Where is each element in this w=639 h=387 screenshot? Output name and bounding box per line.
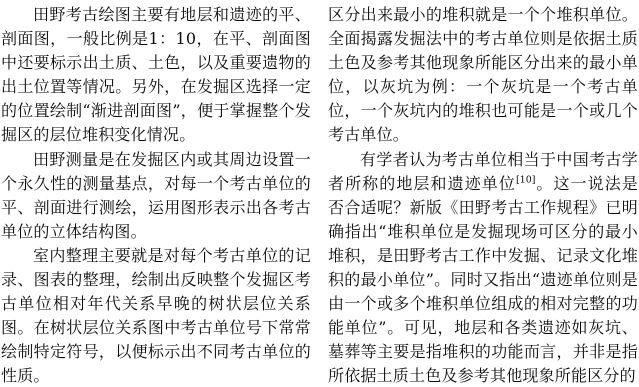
paragraph-text-after-ref: 。这一说法是否合适呢？新版《田野考古工作规程》已明确指出“堆积单位是发掘现场可区… [328, 174, 638, 386]
book-page: 田野考古绘图主要有地层和遗迹的平、剖面图，一般比例是1：10，在平、剖面图中还要… [0, 0, 639, 387]
right-column: 区分出来最小的堆积就是一个个堆积单位。全面揭露发掘法中的考古单位则是依据土质土色… [328, 3, 638, 387]
paragraph-indoor-organizing: 室内整理主要就是对每个考古单位的记录、图表的整理，绘制出反映整个发掘区考古单位相… [1, 244, 311, 387]
paragraph-archaeological-unit-discussion: 有学者认为考古单位相当于中国考古学者所称的地层和遗迹单位[10]。这一说法是否合… [328, 148, 638, 387]
paragraph-field-surveying: 田野测量是在发掘区内或其周边设置一个永久性的测量基点，对每一个考古单位的平、剖面… [1, 148, 311, 244]
paragraph-deposit-unit-continuation: 区分出来最小的堆积就是一个个堆积单位。全面揭露发掘法中的考古单位则是依据土质土色… [328, 3, 638, 148]
left-column: 田野考古绘图主要有地层和遗迹的平、剖面图，一般比例是1：10，在平、剖面图中还要… [1, 3, 311, 387]
paragraph-field-drawing: 田野考古绘图主要有地层和遗迹的平、剖面图，一般比例是1：10，在平、剖面图中还要… [1, 3, 311, 148]
footnote-ref-10: [10] [516, 174, 536, 185]
